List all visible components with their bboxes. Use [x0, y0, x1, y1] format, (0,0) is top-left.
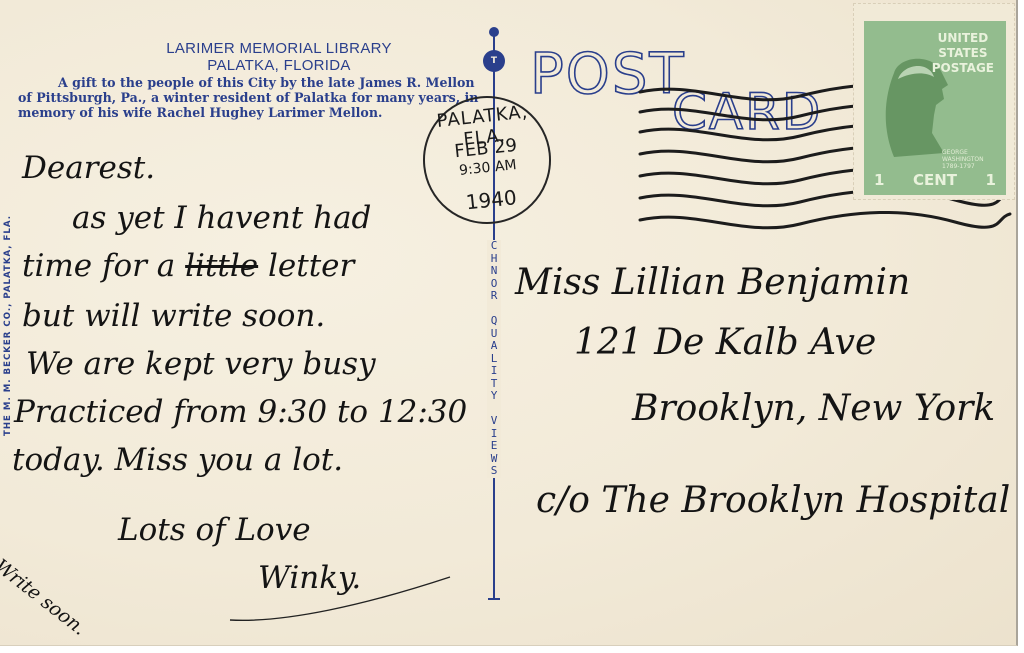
library-title: LARIMER MEMORIAL LIBRARY [78, 40, 480, 57]
stamp-portrait-caption: GEORGE WASHINGTON 1789-1797 [942, 149, 984, 170]
message-line: today. Miss you a lot. [12, 442, 343, 478]
message-closing: Lots of Love [118, 512, 311, 548]
divider-brand-text: C H N O R Q U A L I T Y V I E W S [487, 240, 501, 478]
postmark: PALATKA, FLA. FEB 29 9:30 AM 1940 [417, 90, 558, 231]
library-location: PALATKA, FLORIDA [78, 57, 480, 74]
stamp-face: UNITED STATES POSTAGE GEORGE WASHINGTON … [864, 21, 1006, 195]
address-city: Brooklyn, New York [632, 388, 995, 429]
signature-underline-icon [225, 575, 455, 625]
publisher-seal-icon: T [483, 50, 505, 72]
stamp-denomination: 1 CENT 1 [864, 171, 1006, 189]
message-line: We are kept very busy [26, 346, 376, 382]
postage-stamp: UNITED STATES POSTAGE GEORGE WASHINGTON … [853, 3, 1015, 200]
stamp-country-text: UNITED STATES POSTAGE [932, 31, 994, 76]
library-description: A gift to the people of this City by the… [18, 75, 480, 120]
address-care-of: c/o The Brooklyn Hospital [536, 480, 1010, 521]
postmark-year: 1940 [428, 181, 554, 218]
struck-word: little [185, 248, 258, 284]
message-line: as yet I havent had [72, 200, 371, 236]
message-line: but will write soon. [22, 298, 325, 334]
publisher-imprint: THE M. M. BECKER CO., PALATKA, FLA. [3, 215, 13, 436]
message-salutation: Dearest. [22, 150, 155, 186]
message-line: Practiced from 9:30 to 12:30 [14, 394, 467, 430]
margin-note: Write soon. [0, 555, 90, 640]
divider-end-ornament [488, 598, 500, 600]
address-street: 121 De Kalb Ave [574, 322, 876, 363]
library-caption: LARIMER MEMORIAL LIBRARY PALATKA, FLORID… [18, 40, 480, 120]
address-recipient: Miss Lillian Benjamin [515, 262, 910, 303]
message-line: time for a little letter [22, 248, 354, 284]
postcard-back: LARIMER MEMORIAL LIBRARY PALATKA, FLORID… [0, 0, 1018, 646]
